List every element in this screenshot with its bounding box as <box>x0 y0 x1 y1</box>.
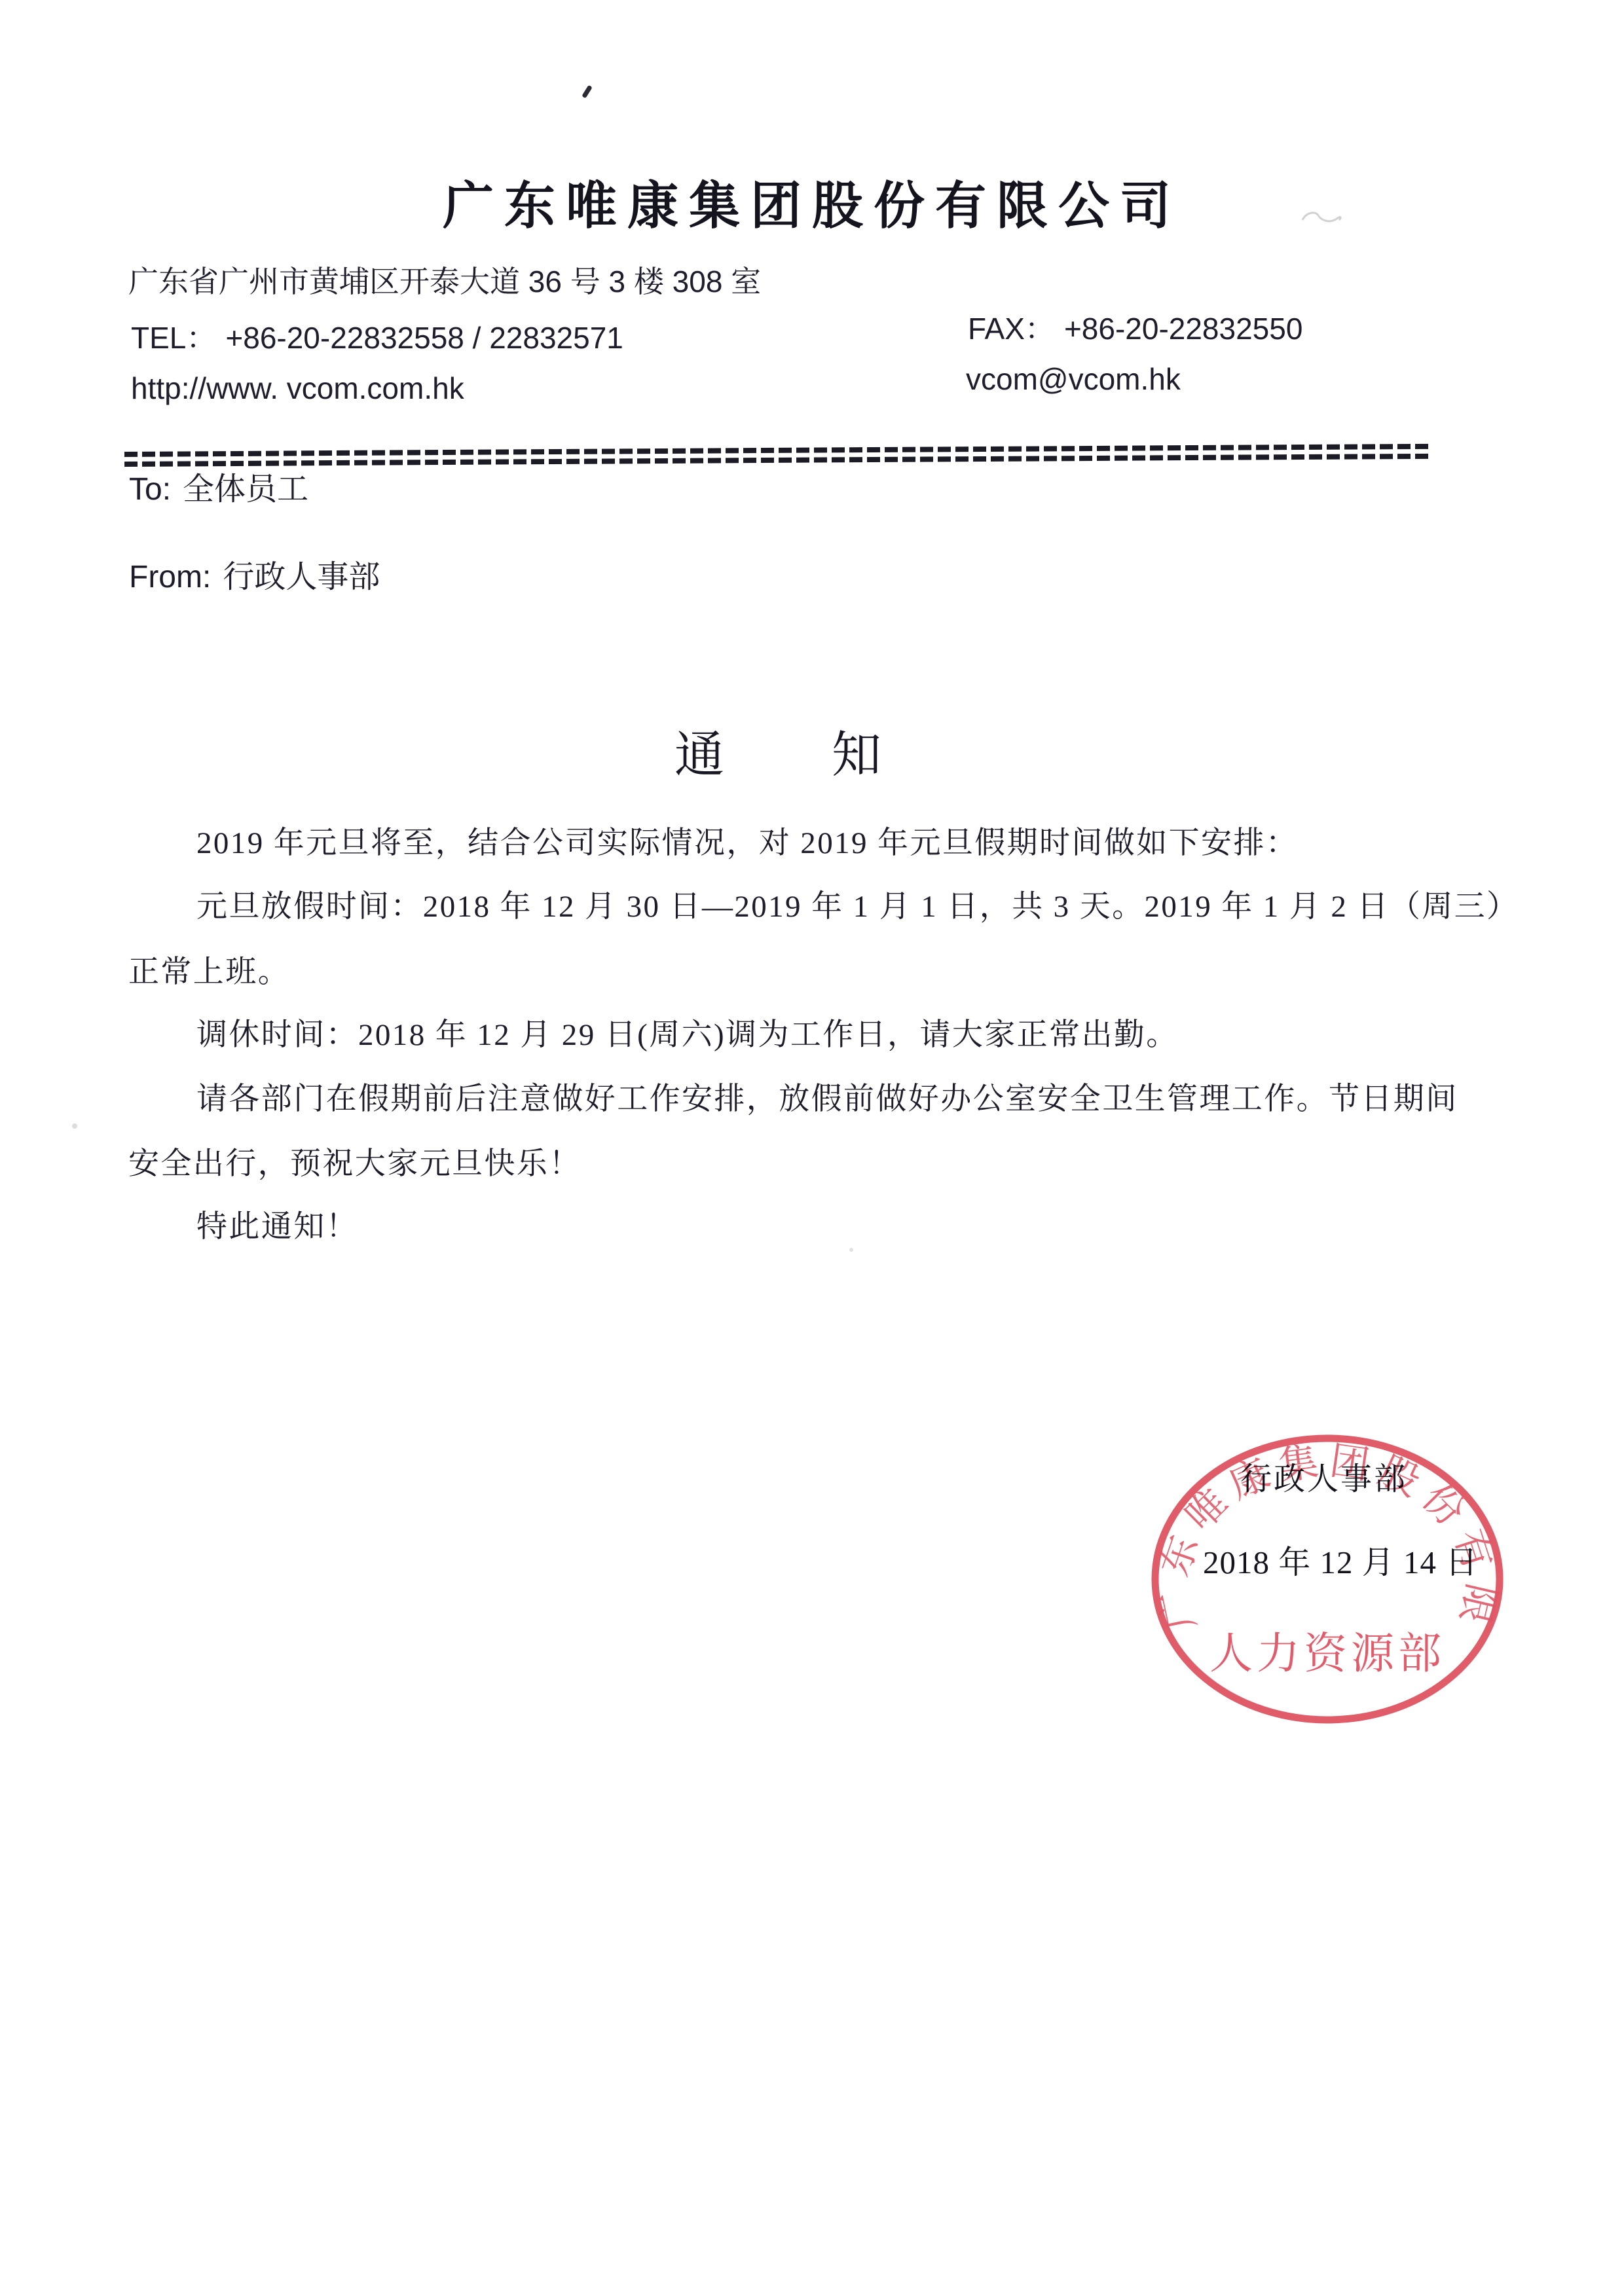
scanned-notice-page: { "letterhead": { "company_name": "广东唯康集… <box>0 0 1624 2296</box>
body-line: 安全出行，预祝大家元旦快乐！ <box>128 1139 581 1183</box>
body-line: 正常上班。 <box>128 947 290 991</box>
from-value: 行政人事部 <box>223 560 380 594</box>
body-line: 特此通知！ <box>128 1202 358 1246</box>
company-name: 广东唯康集团股份有限公司 <box>0 165 1624 238</box>
fax-label: FAX： <box>968 305 1055 348</box>
to-value: 全体员工 <box>183 472 308 507</box>
tel-value: +86-20-22832558 / 22832571 <box>225 320 623 355</box>
fax-value: +86-20-22832550 <box>1064 311 1303 346</box>
from-line: From:行政人事部 <box>129 551 380 596</box>
scan-artifact-dot <box>72 1123 77 1129</box>
stamp-ring-text-holder: 广东唯康集团股份有限公司 <box>1139 1421 1503 1636</box>
scan-artifact-squiggle <box>1300 210 1346 229</box>
company-website: http://www. vcom.com.hk <box>131 371 464 406</box>
notice-title: 通 知 <box>0 715 1559 786</box>
from-label: From: <box>129 560 211 594</box>
letterhead-divider <box>124 444 1431 467</box>
body-line: 元旦放假时间：2018 年 12 月 30 日—2019 年 1 月 1 日，共… <box>128 882 1519 926</box>
company-address: 广东省广州市黄埔区开泰大道 36 号 3 楼 308 室 <box>128 258 761 301</box>
body-line: 调休时间：2018 年 12 月 29 日(周六)调为工作日，请大家正常出勤。 <box>128 1010 1179 1054</box>
to-line: To:全体员工 <box>129 464 308 509</box>
body-line: 2019 年元旦将至，结合公司实际情况，对 2019 年元旦假期时间做如下安排： <box>128 818 1298 862</box>
tel-line: TEL：+86-20-22832558 / 22832571 <box>131 314 623 357</box>
scan-artifact-dot <box>849 1248 853 1252</box>
scan-artifact-tick <box>581 85 593 99</box>
stamp-ring-text: 广东唯康集团股份有限公司 <box>1139 1421 1503 1636</box>
company-stamp: 广东唯康集团股份有限公司 人力资源部 <box>1139 1421 1519 1748</box>
fax-line: FAX：+86-20-22832550 <box>968 305 1302 348</box>
stamp-bottom-text: 人力资源部 <box>1209 1630 1445 1678</box>
company-email: vcom@vcom.hk <box>966 361 1181 397</box>
body-line: 请各部门在假期前后注意做好工作安排，放假前做好办公室安全卫生管理工作。节日期间 <box>128 1074 1458 1118</box>
tel-label: TEL： <box>131 314 216 357</box>
to-label: To: <box>129 472 171 507</box>
